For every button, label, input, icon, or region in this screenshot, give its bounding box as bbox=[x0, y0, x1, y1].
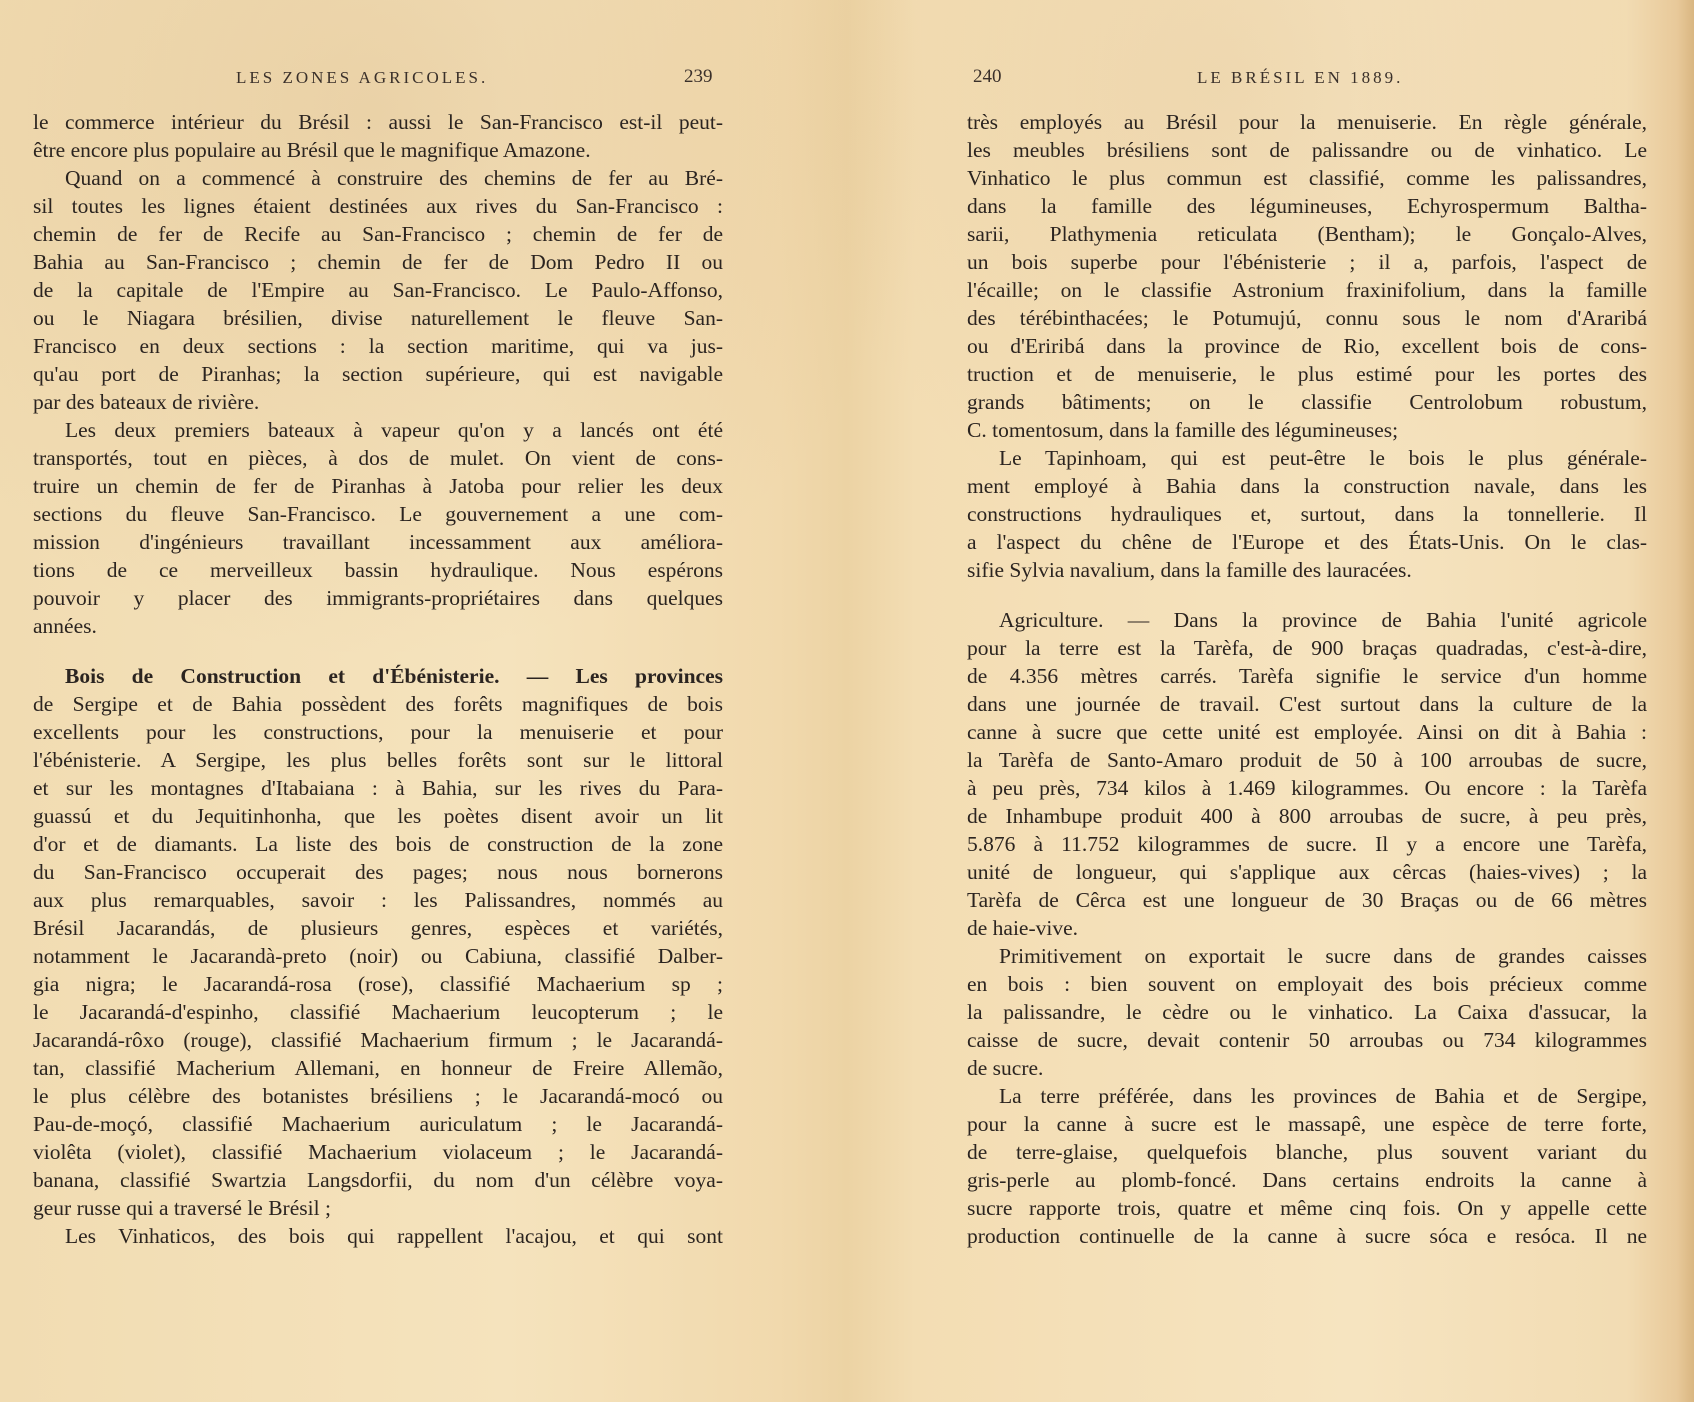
text-line: gris-perle au plomb-foncé. Dans certains… bbox=[967, 1166, 1647, 1194]
text-line: unité de longueur, qui s'applique aux cê… bbox=[967, 858, 1647, 886]
text-line: Brésil Jacarandás, de plusieurs genres, … bbox=[33, 914, 723, 942]
text-line: sucre rapporte trois, quatre et même cin… bbox=[967, 1194, 1647, 1222]
text-line: de Inhambupe produit 400 à 800 arroubas … bbox=[967, 802, 1647, 830]
text-line: caisse de sucre, devait contenir 50 arro… bbox=[967, 1026, 1647, 1054]
text-line: l'ébénisterie. A Sergipe, les plus belle… bbox=[33, 746, 723, 774]
text-line: notamment le Jacarandà-preto (noir) ou C… bbox=[33, 942, 723, 970]
text-line: de haie-vive. bbox=[967, 914, 1647, 942]
page-body: très employés au Brésil pour la menuiser… bbox=[967, 108, 1647, 1250]
text-line: la Tarèfa de Santo-Amaro produit de 50 à… bbox=[967, 746, 1647, 774]
text-line: le commerce intérieur du Brésil : aussi … bbox=[33, 108, 723, 136]
running-head: LES ZONES AGRICOLES. bbox=[236, 68, 488, 88]
section-heading-line: Agriculture. — Dans la province de Bahia… bbox=[967, 606, 1647, 634]
text-line: de 4.356 mètres carrés. Tarèfa signifie … bbox=[967, 662, 1647, 690]
text-line: ment employé à Bahia dans la constructio… bbox=[967, 472, 1647, 500]
text-line: Bahia au San-Francisco ; chemin de fer d… bbox=[33, 248, 723, 276]
section-heading-line: Bois de Construction et d'Ébénisterie. —… bbox=[33, 662, 723, 690]
text-line: qu'au port de Piranhas; la section supér… bbox=[33, 360, 723, 388]
text-line: chemin de fer de Recife au San-Francisco… bbox=[33, 220, 723, 248]
text-line: sifie Sylvia navalium, dans la famille d… bbox=[967, 556, 1647, 584]
text-line: un bois superbe pour l'ébénisterie ; il … bbox=[967, 248, 1647, 276]
text-line: Les Vinhaticos, des bois qui rappellent … bbox=[33, 1222, 723, 1250]
text-line: tan, classifié Macherium Allemani, en ho… bbox=[33, 1054, 723, 1082]
text-line: canne à sucre que cette unité est employ… bbox=[967, 718, 1647, 746]
page-number: 239 bbox=[684, 66, 713, 88]
text-line: truire un chemin de fer de Piranhas à Ja… bbox=[33, 472, 723, 500]
text-line: production continuelle de la canne à suc… bbox=[967, 1222, 1647, 1250]
text-line: Vinhatico le plus commun est classifié, … bbox=[967, 164, 1647, 192]
text-line: très employés au Brésil pour la menuiser… bbox=[967, 108, 1647, 136]
text-line: Pau-de-moçó, classifié Machaerium auricu… bbox=[33, 1110, 723, 1138]
text-line: Tarèfa de Cêrca est une longueur de 30 B… bbox=[967, 886, 1647, 914]
text-line: geur russe qui a traversé le Brésil ; bbox=[33, 1194, 723, 1222]
page-number: 240 bbox=[973, 66, 1002, 88]
text-line: du San-Francisco occuperait des pages; n… bbox=[33, 858, 723, 886]
text-line: par des bateaux de rivière. bbox=[33, 388, 723, 416]
text-line: sarii, Plathymenia reticulata (Bentham);… bbox=[967, 220, 1647, 248]
text-line: transportés, tout en pièces, à dos de mu… bbox=[33, 444, 723, 472]
text-line: a l'aspect du chêne de l'Europe et des É… bbox=[967, 528, 1647, 556]
text-line: des térébinthacées; le Potumujú, connu s… bbox=[967, 304, 1647, 332]
text-line: Jacarandá-rôxo (rouge), classifié Machae… bbox=[33, 1026, 723, 1054]
text-line: excellents pour les constructions, pour … bbox=[33, 718, 723, 746]
text-line: dans la famille des légumineuses, Echyro… bbox=[967, 192, 1647, 220]
text-line: années. bbox=[33, 612, 723, 640]
text-line: constructions hydrauliques et, surtout, … bbox=[967, 500, 1647, 528]
text-line: le Jacarandá-d'espinho, classifié Machae… bbox=[33, 998, 723, 1026]
text-line: Quand on a commencé à construire des che… bbox=[33, 164, 723, 192]
text-line: sil toutes les lignes étaient destinées … bbox=[33, 192, 723, 220]
running-head: LE BRÉSIL EN 1889. bbox=[1197, 68, 1403, 88]
text-line: de terre-glaise, quelquefois blanche, pl… bbox=[967, 1138, 1647, 1166]
text-line: être encore plus populaire au Brésil que… bbox=[33, 136, 723, 164]
text-line: ou le Niagara brésilien, divise naturell… bbox=[33, 304, 723, 332]
text-line: de sucre. bbox=[967, 1054, 1647, 1082]
text-line: la palissandre, le cèdre ou le vinhatico… bbox=[967, 998, 1647, 1026]
text-line: pouvoir y placer des immigrants-propriét… bbox=[33, 584, 723, 612]
text-line: La terre préférée, dans les provinces de… bbox=[967, 1082, 1647, 1110]
text-line: C. tomentosum, dans la famille des légum… bbox=[967, 416, 1647, 444]
text-line: d'or et de diamants. La liste des bois d… bbox=[33, 830, 723, 858]
text-line: en bois : bien souvent on employait des … bbox=[967, 970, 1647, 998]
text-line: violêta (violet), classifié Machaerium v… bbox=[33, 1138, 723, 1166]
text-line: pour la canne à sucre est le massapê, un… bbox=[967, 1110, 1647, 1138]
text-line: aux plus remarquables, savoir : les Pali… bbox=[33, 886, 723, 914]
left-page: LES ZONES AGRICOLES. 239 le commerce int… bbox=[0, 0, 847, 1402]
page-body: le commerce intérieur du Brésil : aussi … bbox=[33, 108, 723, 1250]
text-line: Le Tapinhoam, qui est peut-être le bois … bbox=[967, 444, 1647, 472]
text-line: à peu près, 734 kilos à 1.469 kilogramme… bbox=[967, 774, 1647, 802]
text-line: de Sergipe et de Bahia possèdent des for… bbox=[33, 690, 723, 718]
text-line: le plus célèbre des botanistes brésilien… bbox=[33, 1082, 723, 1110]
text-line: dans une journée de travail. C'est surto… bbox=[967, 690, 1647, 718]
text-line: ou d'Eriribá dans la province de Rio, ex… bbox=[967, 332, 1647, 360]
right-page: 240 LE BRÉSIL EN 1889. très employés au … bbox=[847, 0, 1694, 1402]
text-line: truction et de menuiserie, le plus estim… bbox=[967, 360, 1647, 388]
text-line: gia nigra; le Jacarandá-rosa (rose), cla… bbox=[33, 970, 723, 998]
text-line: tions de ce merveilleux bassin hydrauliq… bbox=[33, 556, 723, 584]
text-line: pour la terre est la Tarèfa, de 900 braç… bbox=[967, 634, 1647, 662]
text-line: Francisco en deux sections : la section … bbox=[33, 332, 723, 360]
text-line: 5.876 à 11.752 kilogrammes de sucre. Il … bbox=[967, 830, 1647, 858]
text-line: et sur les montagnes d'Itabaiana : à Bah… bbox=[33, 774, 723, 802]
text-line: Les deux premiers bateaux à vapeur qu'on… bbox=[33, 416, 723, 444]
book-spread: LES ZONES AGRICOLES. 239 le commerce int… bbox=[0, 0, 1694, 1402]
text-line: les meubles brésiliens sont de palissand… bbox=[967, 136, 1647, 164]
text-line: guassú et du Jequitinhonha, que les poèt… bbox=[33, 802, 723, 830]
text-line: grands bâtiments; on le classifie Centro… bbox=[967, 388, 1647, 416]
text-line: de la capitale de l'Empire au San-Franci… bbox=[33, 276, 723, 304]
text-line: banana, classifié Swartzia Langsdorfii, … bbox=[33, 1166, 723, 1194]
text-line: Primitivement on exportait le sucre dans… bbox=[967, 942, 1647, 970]
text-line: sections du fleuve San-Francisco. Le gou… bbox=[33, 500, 723, 528]
text-line: mission d'ingénieurs travaillant incessa… bbox=[33, 528, 723, 556]
text-line: l'écaille; on le classifie Astronium fra… bbox=[967, 276, 1647, 304]
